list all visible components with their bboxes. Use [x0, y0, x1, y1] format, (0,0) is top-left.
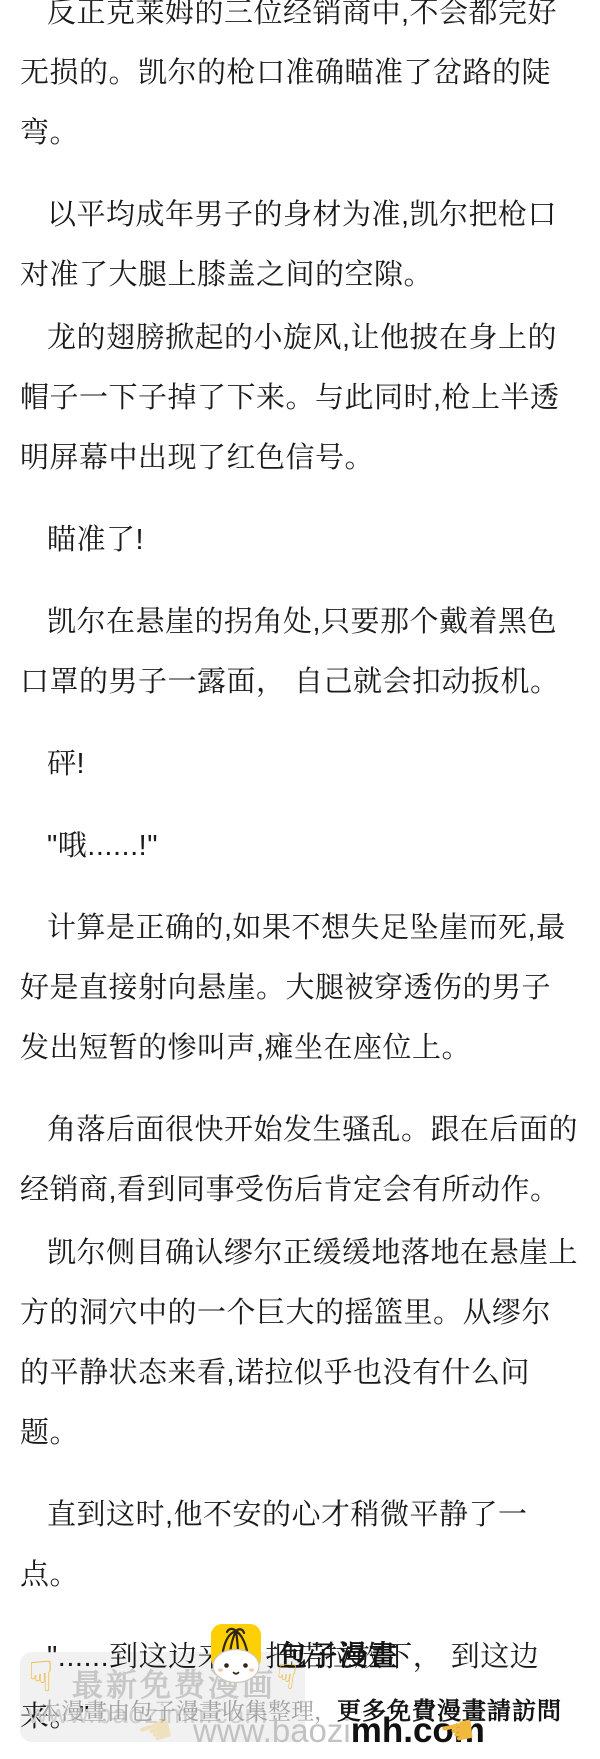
novel-page: 反正克莱姆的三位经销商中,不会都完好无损的。凯尔的枪口准确瞄准了岔路的陡弯。 以… [0, 0, 600, 1759]
paragraph: 凯尔在悬崖的拐角处,只要那个戴着黑色口罩的男子一露面， 自己就会扣动扳机。 [20, 592, 580, 712]
url-faded-part: www.baozi [193, 1712, 351, 1749]
novel-text-body: 反正克莱姆的三位经销商中,不会都完好无损的。凯尔的枪口准确瞄准了岔路的陡弯。 以… [0, 0, 600, 1747]
baozi-bun-icon [210, 1624, 262, 1684]
paragraph: 角落后面很快开始发生骚乱。跟在后面的经销商,看到同事受伤后肯定会有所动作。 [20, 1100, 580, 1220]
paragraph: 瞄准了! [20, 510, 580, 570]
paragraph: 计算是正确的,如果不想失足坠崖而死,最好是直接射向悬崖。大腿被穿透伤的男子发出短… [20, 898, 580, 1078]
paragraph: "哦......!" [20, 816, 580, 876]
paragraph: 直到这时,他不安的心才稍微平静了一点。 [20, 1485, 580, 1605]
paragraph: 凯尔侧目确认缪尔正缓缓地落地在悬崖上方的洞穴中的一个巨大的摇篮里。从缪尔的平静状… [20, 1223, 580, 1463]
paragraph: 龙的翅膀掀起的小旋风,让他披在身上的帽子一下子掉了下来。与此同时,枪上半透明屏幕… [20, 308, 580, 488]
paragraph: 以平均成年男子的身材为准,凯尔把枪口对准了大腿上膝盖之间的空隙。 [20, 185, 580, 305]
paragraph: 反正克莱姆的三位经销商中,不会都完好无损的。凯尔的枪口准确瞄准了岔路的陡弯。 [20, 0, 580, 163]
paragraph: 砰! [20, 734, 580, 794]
